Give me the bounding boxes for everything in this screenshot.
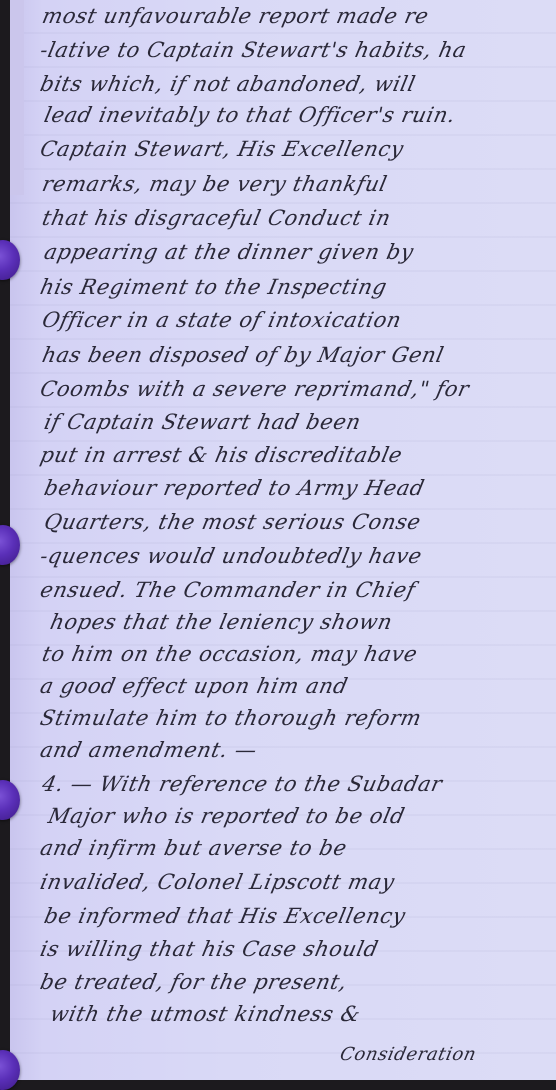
handwritten-line: appearing at the dinner given by: [42, 240, 416, 264]
catchword: Consideration: [338, 1044, 478, 1065]
handwritten-line: Major who is reported to be old: [46, 804, 407, 828]
handwritten-line: put in arrest & his discreditable: [38, 443, 405, 467]
handwritten-line: and infirm but averse to be: [38, 836, 349, 860]
handwritten-line: Coombs with a severe reprimand," for: [38, 377, 472, 401]
handwritten-line: is willing that his Case should: [38, 937, 381, 961]
handwritten-line: 4. — With reference to the Subadar: [40, 772, 445, 796]
handwritten-line: Captain Stewart, His Excellency: [38, 137, 406, 161]
handwritten-line: be informed that His Excellency: [42, 904, 408, 928]
handwritten-line: -quences would undoubtedly have: [38, 544, 424, 568]
handwritten-line: ensued. The Commander in Chief: [38, 578, 418, 602]
handwritten-line: hopes that the leniency shown: [48, 610, 395, 634]
handwritten-line: invalided, Colonel Lipscott may: [38, 870, 397, 894]
handwritten-line: Quarters, the most serious Conse: [42, 510, 423, 534]
handwritten-line: most unfavourable report made re: [40, 4, 431, 28]
page-edge-strip: [10, 0, 24, 195]
handwritten-line: with the utmost kindness &: [48, 1002, 363, 1026]
handwritten-line: remarks, may be very thankful: [40, 172, 389, 196]
handwritten-line: that his disgraceful Conduct in: [40, 206, 393, 230]
manuscript-page: most unfavourable report made re-lative …: [10, 0, 556, 1080]
handwritten-line: behaviour reported to Army Head: [42, 476, 427, 500]
handwritten-line: and amendment. —: [38, 738, 259, 762]
handwritten-line: be treated, for the present,: [38, 970, 349, 994]
handwritten-line: a good effect upon him and: [38, 674, 350, 698]
handwritten-line: Stimulate him to thorough reform: [38, 706, 424, 730]
handwritten-line: bits which, if not abandoned, will: [38, 72, 418, 96]
handwritten-line: -lative to Captain Stewart's habits, ha: [38, 38, 469, 62]
handwritten-line: lead inevitably to that Officer's ruin.: [42, 103, 458, 127]
handwritten-line: Officer in a state of intoxication: [40, 308, 404, 332]
handwritten-line: to him on the occasion, may have: [40, 642, 420, 666]
handwritten-line: his Regiment to the Inspecting: [38, 275, 389, 299]
handwritten-line: has been disposed of by Major Genl: [40, 343, 446, 367]
handwritten-line: if Captain Stewart had been: [42, 410, 363, 434]
